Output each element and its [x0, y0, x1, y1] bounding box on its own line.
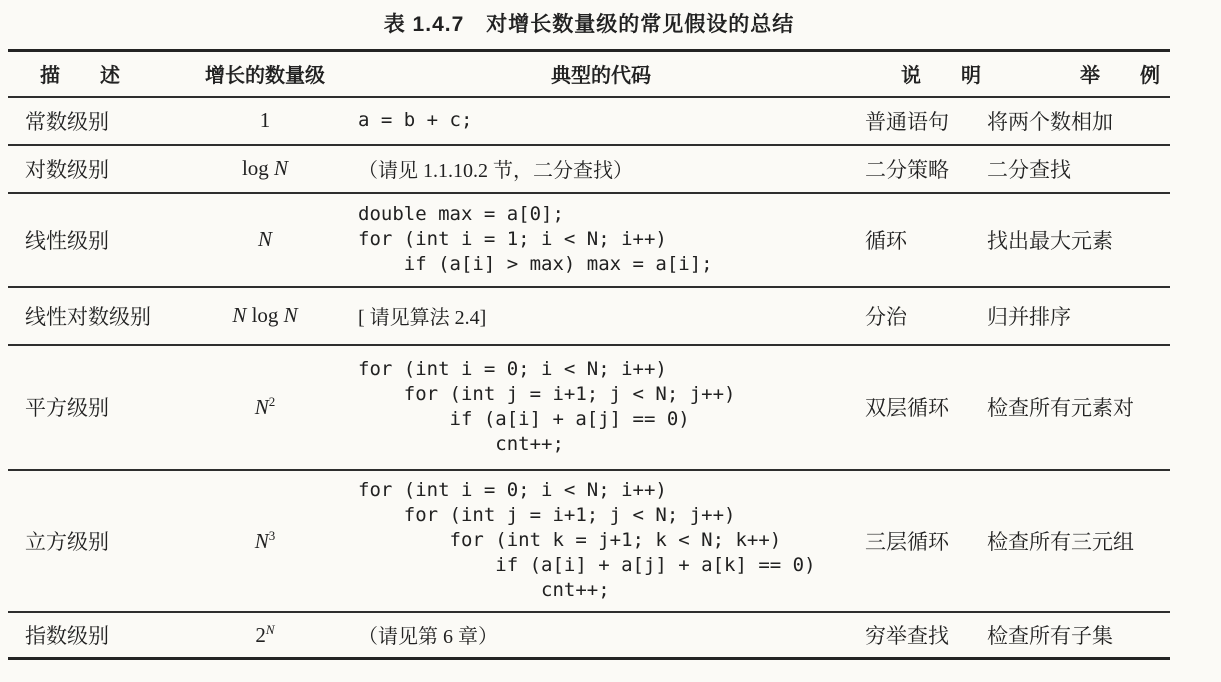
order-of-growth-cell: N2	[185, 345, 345, 470]
explanation-cell: 普通语句	[857, 97, 980, 145]
order-of-growth-cell: N3	[185, 470, 345, 612]
code-reference-text: （请见第 6 章）	[358, 620, 857, 649]
growth-segment: 3	[269, 528, 276, 543]
description-cell: 线性级别	[8, 193, 185, 287]
header-explanation: 说 明	[857, 51, 980, 97]
code-reference-text: [ 请见算法 2.4]	[358, 301, 857, 330]
growth-segment: log	[242, 156, 274, 180]
header-example: 举 例	[980, 51, 1170, 97]
typical-code-cell: a = b + c;	[345, 97, 857, 145]
explanation-cell: 三层循环	[857, 470, 980, 612]
explanation-cell: 分治	[857, 287, 980, 345]
description-cell: 平方级别	[8, 345, 185, 470]
growth-segment: N	[255, 395, 269, 419]
description-cell: 线性对数级别	[8, 287, 185, 345]
table-row: 线性对数级别N log N[ 请见算法 2.4]分治归并排序	[8, 287, 1170, 345]
example-cell: 检查所有三元组	[980, 470, 1170, 612]
description-cell: 对数级别	[8, 145, 185, 193]
typical-code-cell: for (int i = 0; i < N; i++) for (int j =…	[345, 470, 857, 612]
explanation-cell: 循环	[857, 193, 980, 287]
typical-code-cell: [ 请见算法 2.4]	[345, 287, 857, 345]
code-block: a = b + c;	[358, 108, 857, 133]
header-row: 描 述 增长的数量级 典型的代码 说 明 举 例	[8, 51, 1170, 97]
growth-segment: N	[255, 529, 269, 553]
example-cell: 归并排序	[980, 287, 1170, 345]
code-block: double max = a[0]; for (int i = 1; i < N…	[358, 202, 857, 277]
table-title: 表 1.4.7 对增长数量级的常见假设的总结	[8, 12, 1170, 38]
typical-code-cell: for (int i = 0; i < N; i++) for (int j =…	[345, 345, 857, 470]
explanation-cell: 穷举查找	[857, 612, 980, 659]
order-of-growth-cell: 1	[185, 97, 345, 145]
table-header: 描 述 增长的数量级 典型的代码 说 明 举 例	[8, 51, 1170, 97]
header-typical-code: 典型的代码	[345, 51, 857, 97]
header-description: 描 述	[8, 51, 185, 97]
table-body: 常数级别1a = b + c;普通语句将两个数相加对数级别log N（请见 1.…	[8, 97, 1170, 659]
growth-segment: 2	[255, 623, 266, 647]
table-row: 立方级别N3for (int i = 0; i < N; i++) for (i…	[8, 470, 1170, 612]
table-row: 对数级别log N（请见 1.1.10.2 节，二分查找）二分策略二分查找	[8, 145, 1170, 193]
order-of-growth-cell: N log N	[185, 287, 345, 345]
description-cell: 立方级别	[8, 470, 185, 612]
typical-code-cell: double max = a[0]; for (int i = 1; i < N…	[345, 193, 857, 287]
book-page: 表 1.4.7 对增长数量级的常见假设的总结 描 述 增长的数量级 典型的代码 …	[0, 0, 1221, 682]
growth-segment: N	[284, 303, 298, 327]
description-cell: 指数级别	[8, 612, 185, 659]
growth-summary-table: 描 述 增长的数量级 典型的代码 说 明 举 例 常数级别1a = b + c;…	[8, 49, 1170, 660]
description-cell: 常数级别	[8, 97, 185, 145]
table-row: 指数级别2N（请见第 6 章）穷举查找检查所有子集	[8, 612, 1170, 659]
example-cell: 将两个数相加	[980, 97, 1170, 145]
table-row: 线性级别Ndouble max = a[0]; for (int i = 1; …	[8, 193, 1170, 287]
typical-code-cell: （请见 1.1.10.2 节，二分查找）	[345, 145, 857, 193]
code-reference-text: （请见 1.1.10.2 节，二分查找）	[358, 154, 857, 183]
example-cell: 找出最大元素	[980, 193, 1170, 287]
growth-segment: N	[266, 622, 275, 637]
explanation-cell: 双层循环	[857, 345, 980, 470]
typical-code-cell: （请见第 6 章）	[345, 612, 857, 659]
example-cell: 检查所有元素对	[980, 345, 1170, 470]
explanation-cell: 二分策略	[857, 145, 980, 193]
growth-segment: N	[274, 156, 288, 180]
code-block: for (int i = 0; i < N; i++) for (int j =…	[358, 357, 857, 457]
growth-segment: N	[258, 227, 272, 251]
table-row: 常数级别1a = b + c;普通语句将两个数相加	[8, 97, 1170, 145]
example-cell: 二分查找	[980, 145, 1170, 193]
growth-segment: 1	[260, 108, 271, 132]
table-row: 平方级别N2for (int i = 0; i < N; i++) for (i…	[8, 345, 1170, 470]
code-block: for (int i = 0; i < N; i++) for (int j =…	[358, 478, 857, 603]
growth-segment: 2	[269, 394, 276, 409]
order-of-growth-cell: 2N	[185, 612, 345, 659]
growth-segment: log	[246, 303, 283, 327]
header-order-of-growth: 增长的数量级	[185, 51, 345, 97]
order-of-growth-cell: N	[185, 193, 345, 287]
order-of-growth-cell: log N	[185, 145, 345, 193]
growth-segment: N	[232, 303, 246, 327]
example-cell: 检查所有子集	[980, 612, 1170, 659]
